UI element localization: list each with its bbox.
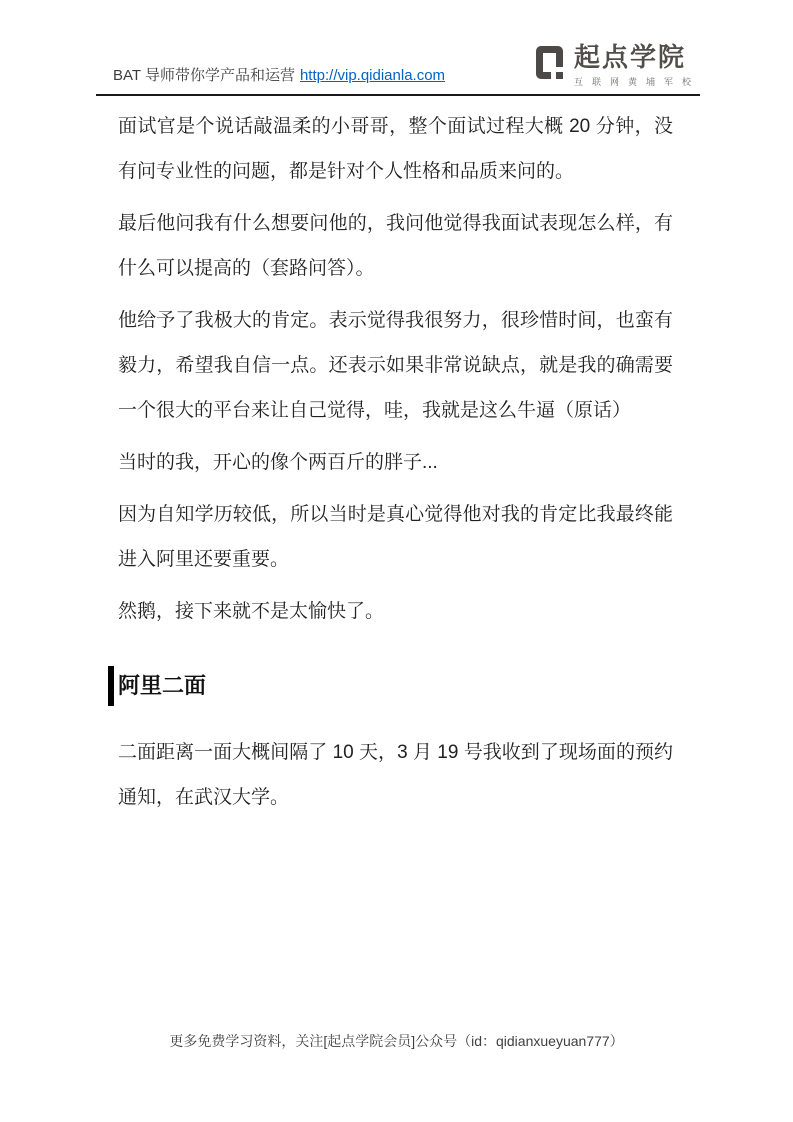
- paragraph: 因为自知学历较低，所以当时是真心觉得他对我的肯定比我最终能进入阿里还要重要。: [118, 492, 673, 582]
- paragraph: 他给予了我极大的肯定。表示觉得我很努力，很珍惜时间，也蛮有毅力，希望我自信一点。…: [118, 298, 673, 433]
- header-tagline: BAT 导师带你学产品和运营: [113, 67, 295, 84]
- document-body: 面试官是个说话敲温柔的小哥哥，整个面试过程大概 20 分钟，没有问专业性的问题，…: [118, 96, 673, 820]
- paragraph: 当时的我，开心的像个两百斤的胖子...: [118, 440, 673, 485]
- logo-text-block: 起点学院 互联网黄埔军校: [574, 44, 700, 88]
- logo-name: 起点学院: [574, 44, 700, 70]
- page-footer: 更多免费学习资料，关注[起点学院会员]公众号（id：qidianxueyuan7…: [0, 1031, 793, 1051]
- paragraph: 然鹅，接下来就不是太愉快了。: [118, 589, 673, 634]
- paragraph: 面试官是个说话敲温柔的小哥哥，整个面试过程大概 20 分钟，没有问专业性的问题，…: [118, 104, 673, 194]
- qidianla-logo-icon: [536, 46, 563, 79]
- header-link[interactable]: http://vip.qidianla.com: [300, 67, 445, 84]
- section-heading: 阿里二面: [108, 666, 673, 706]
- document-page: BAT 导师带你学产品和运营http://vip.qidianla.com 起点…: [0, 0, 793, 1122]
- header-tagline-row: BAT 导师带你学产品和运营http://vip.qidianla.com: [113, 64, 445, 88]
- qidianla-logo: 起点学院 互联网黄埔军校: [536, 44, 700, 88]
- logo-icon-dot: [556, 72, 563, 79]
- footer-note: 更多免费学习资料，关注[起点学院会员]公众号（id：qidianxueyuan7…: [169, 1033, 623, 1049]
- page-header: BAT 导师带你学产品和运营http://vip.qidianla.com 起点…: [96, 0, 700, 96]
- paragraph: 最后他问我有什么想要问他的，我问他觉得我面试表现怎么样，有什么可以提高的（套路问…: [118, 201, 673, 291]
- logo-subtitle: 互联网黄埔军校: [574, 75, 700, 88]
- paragraph: 二面距离一面大概间隔了 10 天，3 月 19 号我收到了现场面的预约通知，在武…: [118, 730, 673, 820]
